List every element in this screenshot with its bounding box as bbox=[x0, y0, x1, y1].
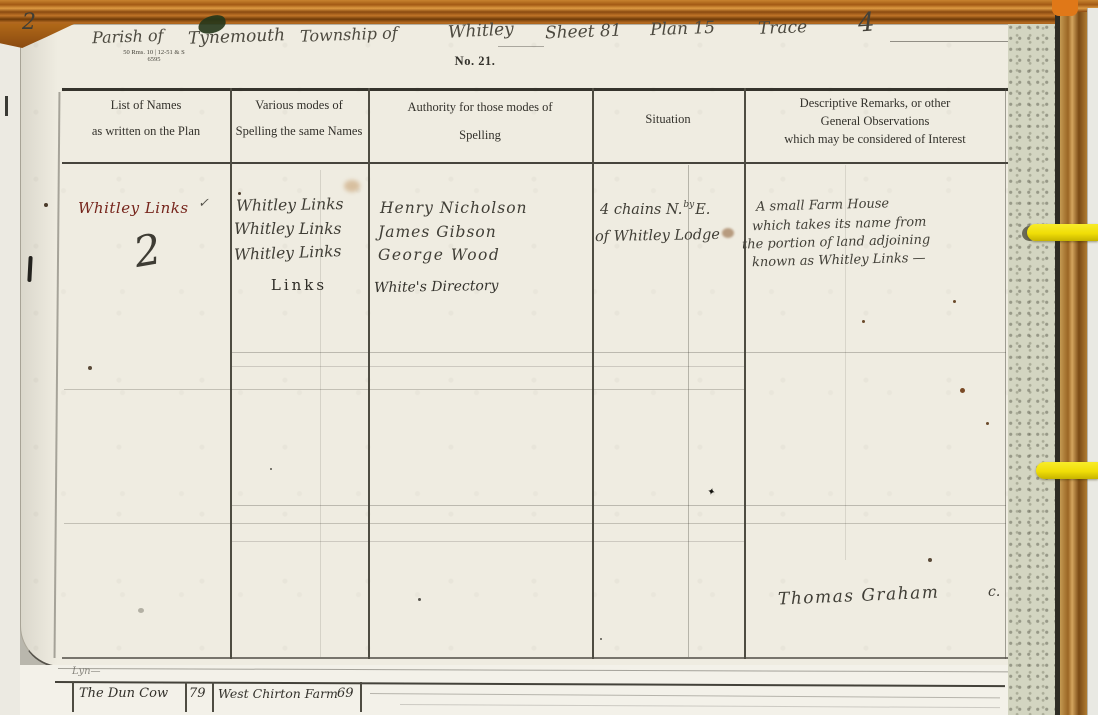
table-column-divider bbox=[368, 88, 370, 659]
header-underline bbox=[890, 41, 1008, 42]
scanned-document: 2 Parish of 50 Rms. 10 | 12-51 & S 6595 … bbox=[0, 0, 1098, 715]
book-fore-edge bbox=[1060, 12, 1087, 715]
sheet-field: Sheet 81 bbox=[545, 21, 622, 44]
township-value: Whitley bbox=[448, 19, 515, 42]
situation-line1: 4 chains N.byE. bbox=[600, 202, 710, 218]
table-column-divider bbox=[592, 88, 594, 659]
spelling-1: Whitley Links bbox=[236, 195, 344, 215]
print-code: 50 Rms. 10 | 12-51 & S 6595 bbox=[98, 49, 210, 63]
table-column-divider bbox=[230, 88, 232, 659]
form-number: No. 21. bbox=[430, 54, 520, 69]
stain-spot bbox=[960, 388, 965, 393]
column-header-names-line2: as written on the Plan bbox=[62, 124, 230, 139]
spelling-3: Whitley Links bbox=[234, 242, 342, 264]
stain-spot bbox=[722, 228, 734, 238]
stain-spot bbox=[418, 598, 421, 601]
stain-spot bbox=[600, 638, 602, 640]
column-header-remarks-line3: which may be considered of Interest bbox=[744, 132, 1006, 147]
under-row-number-1: 79 bbox=[189, 686, 206, 701]
column-header-names: List of Names bbox=[62, 98, 230, 113]
under-row-name-2: West Chirton Farm bbox=[218, 686, 338, 701]
stain-spot bbox=[986, 422, 989, 425]
stain-spot bbox=[138, 608, 144, 613]
column-header-situation: Situation bbox=[592, 112, 744, 127]
scan-right-margin bbox=[1087, 8, 1098, 715]
table-top-border bbox=[62, 88, 1008, 91]
yellow-tie-bottom bbox=[1036, 462, 1098, 479]
binding-clamp bbox=[1052, 0, 1078, 16]
signature-suffix: c. bbox=[988, 584, 1000, 600]
yellow-tie-top bbox=[1027, 224, 1098, 241]
page-edge bbox=[1008, 24, 1058, 715]
stain-spot bbox=[270, 468, 272, 470]
plan-field: Plan 15 bbox=[650, 18, 716, 40]
under-table-divider bbox=[72, 682, 74, 712]
parish-label: Parish of bbox=[92, 26, 164, 47]
authority-1: Henry Nicholson bbox=[380, 199, 528, 217]
situation-by: by bbox=[683, 200, 694, 210]
faint-rule-horizontal bbox=[232, 505, 1006, 506]
stain-spot bbox=[44, 203, 48, 207]
header-row-divider bbox=[62, 162, 1008, 164]
column-header-remarks: Descriptive Remarks, or other bbox=[744, 96, 1006, 111]
trace-value: 4 bbox=[857, 7, 876, 38]
under-row-name-1: The Dun Cow bbox=[79, 686, 168, 701]
stain-spot bbox=[862, 320, 865, 323]
table-right-border bbox=[1005, 88, 1006, 659]
page-left-shade bbox=[20, 24, 58, 664]
checkmark: ✓ bbox=[198, 196, 209, 211]
situation-distance: 4 chains N. bbox=[600, 202, 682, 218]
stain-spot bbox=[953, 300, 956, 303]
wood-table-background bbox=[0, 0, 1098, 26]
faint-rule-horizontal bbox=[64, 389, 744, 390]
parish-value: Tynemouth bbox=[188, 25, 286, 48]
column-header-spelling-line2: Spelling the same Names bbox=[230, 124, 368, 139]
under-table-divider bbox=[185, 682, 187, 712]
under-table-divider bbox=[360, 682, 362, 712]
authority-3: George Wood bbox=[378, 246, 500, 264]
print-code-line2: 6595 bbox=[98, 56, 210, 63]
authority-4: White's Directory bbox=[374, 278, 499, 296]
stain-spot bbox=[928, 558, 932, 562]
situation-direction: E. bbox=[695, 202, 710, 218]
print-code-line1: 50 Rms. 10 | 12-51 & S bbox=[98, 49, 210, 56]
faint-rule-horizontal bbox=[64, 523, 1006, 524]
spelling-2: Whitley Links bbox=[234, 220, 342, 238]
township-label: Township of bbox=[300, 23, 398, 45]
column-header-authority-line2: Spelling bbox=[368, 128, 592, 143]
column-header-spelling: Various modes of bbox=[230, 98, 368, 113]
column-header-remarks-line2: General Observations bbox=[744, 114, 1006, 129]
situation-line2: of Whitley Lodge bbox=[595, 227, 720, 245]
under-page-partial-text: Lyn— bbox=[72, 666, 101, 677]
under-row-number-2: 69 bbox=[337, 686, 354, 701]
header-underline-small bbox=[498, 46, 544, 47]
faint-rule-horizontal bbox=[232, 541, 744, 542]
trace-label: Trace bbox=[758, 17, 808, 39]
underlying-page bbox=[20, 665, 1008, 715]
spelling-4: Links bbox=[230, 276, 368, 294]
stain-spot bbox=[344, 180, 360, 192]
table-column-divider bbox=[744, 88, 746, 659]
faint-rule-horizontal bbox=[232, 352, 1006, 353]
under-table-divider bbox=[212, 682, 214, 712]
column-header-authority: Authority for those modes of bbox=[368, 100, 592, 115]
authority-2: James Gibson bbox=[378, 223, 497, 241]
page-number: 2 bbox=[22, 10, 36, 35]
faint-rule-horizontal bbox=[232, 366, 744, 367]
stain-spot bbox=[238, 192, 241, 195]
name-on-plan: Whitley Links bbox=[78, 199, 189, 217]
stain-spot bbox=[88, 366, 92, 370]
table-bottom-border bbox=[62, 657, 1008, 659]
edge-mark bbox=[5, 96, 8, 116]
scan-left-margin bbox=[0, 0, 20, 715]
